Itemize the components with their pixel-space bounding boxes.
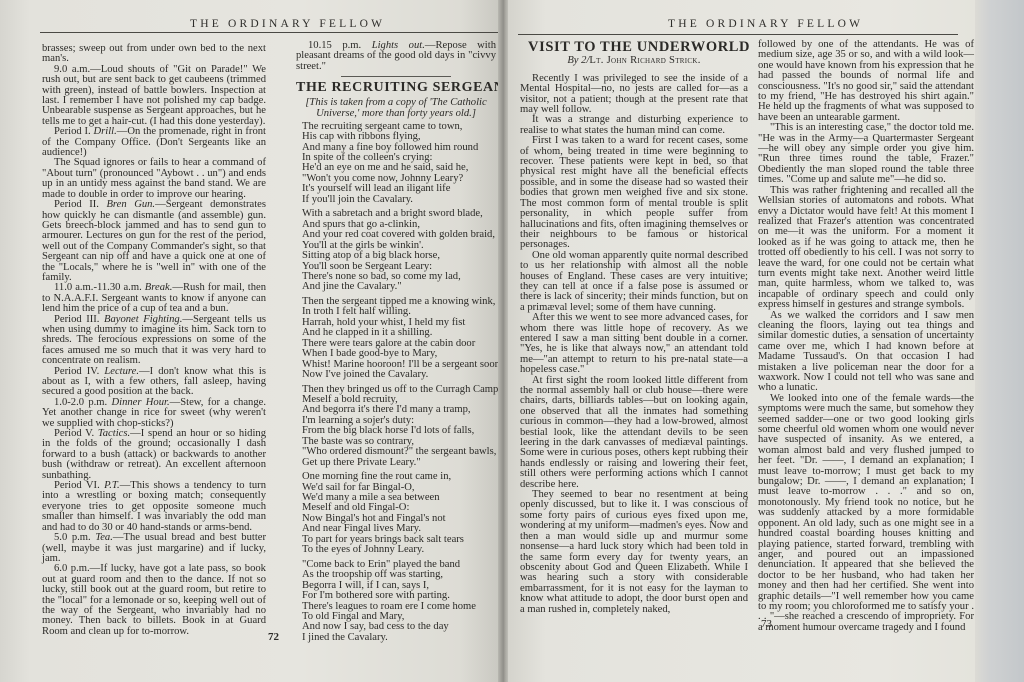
lights-out-entry: 10.15 p.m. Lights out.—Repose with pleas… [296,41,496,72]
paragraph: The Squad ignores or fails to hear a com… [42,158,266,200]
right-page: THE ORDINARY FELLOW VISIT TO THE UNDERWO… [508,0,978,682]
paragraph: brasses; sweep out from under own bed to… [42,44,266,65]
left-column-1: brasses; sweep out from under own bed to… [42,44,266,637]
paragraph: One old woman apparently quite normal de… [520,251,748,313]
section-divider [341,76,451,77]
paragraph: Period II. Bren Gun.—Sergeant demonstrat… [42,200,266,283]
paragraph: Period V. Tactics.—I spend an hour or so… [42,429,266,481]
paragraph: "This is an interesting case," the docto… [758,123,974,185]
header-rule-right [518,34,958,35]
paragraph: followed by one of the attendants. He wa… [758,40,974,123]
poem-stanza: One morning fine the rout came in,We'd s… [296,472,496,556]
article-byline: By 2/Lt. John Richard Strick. [520,56,748,66]
poem-stanza: Then the sergeant tipped me a knowing wi… [296,297,496,381]
poem-line: If you'll join the Cavalary. [296,195,496,205]
paragraph: Recently I was privileged to see the ins… [520,74,748,116]
poem-body: The recruiting sergeant came to town,His… [296,122,496,644]
poem-source-note: [This is taken from a copy of 'The Catho… [296,97,496,119]
paragraph: As we walked the corridors and I saw men… [758,311,974,394]
poem-line: For I'm bothered sore with parting. [296,591,496,601]
poem-line: Sitting atop of a big black horse, [296,251,496,261]
poem-title: THE RECRUITING SERGEANT [296,83,496,93]
paragraph: 6.0 p.m.—If lucky, have got a late pass,… [42,564,266,637]
poem-stanza: "Come back to Erin" played the bandAs th… [296,560,496,644]
poem-line: His cap with ribbons flying, [296,132,496,142]
paragraph: 9.0 a.m.—Loud shouts of "Git on Parade!"… [42,65,266,127]
page-number-right: 73 [761,618,772,630]
paragraph: They seemed to bear no resentment at bei… [520,490,748,615]
page-edge-background [975,0,1024,682]
paragraph: At first sight the room looked little di… [520,376,748,490]
poem-line: Now I've joined the Cavalary. [296,370,496,380]
poem-line: One morning fine the rout came in, [296,472,496,482]
paragraph: 5.0 p.m. Tea.—The usual bread and best b… [42,533,266,564]
left-page: THE ORDINARY FELLOW brasses; sweep out f… [0,0,500,682]
magazine-spread: THE ORDINARY FELLOW brasses; sweep out f… [0,0,1024,682]
page-number-left: 72 [268,631,279,643]
poem-stanza: Then they bringed us off to the Curragh … [296,385,496,469]
header-rule-left [40,32,500,33]
poem-line: To the eyes of Johnny Leary. [296,545,496,555]
paragraph: Period III. Bayonet Fighting.—Sergeant t… [42,315,266,367]
right-column-1: VISIT TO THE UNDERWORLD By 2/Lt. John Ri… [520,42,748,615]
poem-line: Get up there Private Leary." [296,458,496,468]
paragraph: It was a strange and disturbing experien… [520,115,748,136]
poem-line: I jined the Cavalary. [296,633,496,643]
paragraph: 11.0 a.m.-11.30 a.m. Break.—Rush for mai… [42,283,266,314]
left-column-2: 10.15 p.m. Lights out.—Repose with pleas… [296,41,496,647]
paragraph: 1.0-2.0 p.m. Dinner Hour.—Stew, for a ch… [42,398,266,429]
paragraph: Period IV. Lecture.—I don't know what th… [42,367,266,398]
article-body-part1: Recently I was privileged to see the ins… [520,74,748,615]
paragraph: This was rather frightening and recalled… [758,186,974,311]
paragraph: We looked into one of the female wards—t… [758,394,974,633]
running-head-left: THE ORDINARY FELLOW [190,18,385,30]
paragraph: First I was taken to a ward for recent c… [520,136,748,250]
poem-stanza: With a sabretach and a bright sword blad… [296,209,496,293]
article-title: VISIT TO THE UNDERWORLD [528,42,748,52]
paragraph: Period VI. P.T.—This shows a tendency to… [42,481,266,533]
right-column-2: followed by one of the attendants. He wa… [758,40,974,633]
poem-line: And jine the Cavalary." [296,282,496,292]
paragraph: After this we went to see more advanced … [520,313,748,375]
running-head-right: THE ORDINARY FELLOW [668,18,863,30]
poem-stanza: The recruiting sergeant came to town,His… [296,122,496,206]
paragraph: Period I. Drill.—On the promenade, right… [42,127,266,158]
